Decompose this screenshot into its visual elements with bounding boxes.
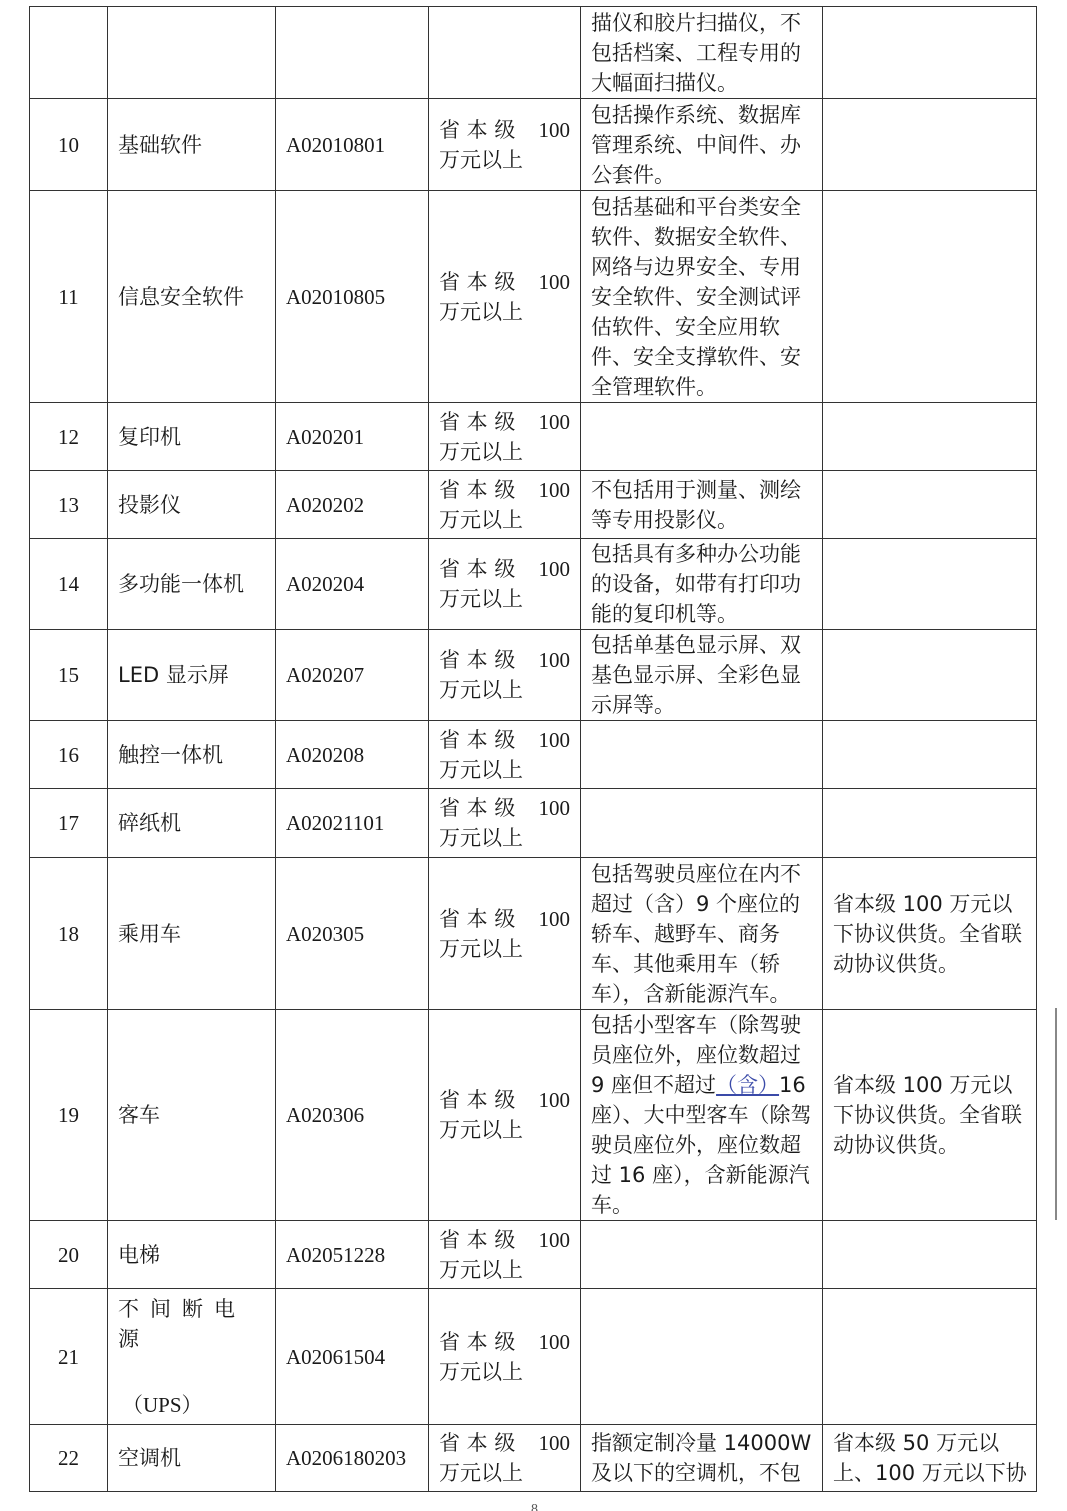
scope-level: 省 本 级 [439, 1085, 515, 1115]
scope-unit: 万元以上 [439, 297, 570, 327]
table-row: 14 多功能一体机 A020204 省 本 级100 万元以上 包括具有多种办公… [30, 539, 1037, 630]
item-description: 指额定制冷量 14000W 及以下的空调机，不包 [581, 1425, 823, 1492]
item-scope: 省 本 级100 万元以上 [429, 630, 581, 721]
scope-level: 省 本 级 [439, 407, 515, 437]
scope-level: 省 本 级 [439, 475, 515, 505]
table-row: 11 信息安全软件 A02010805 省 本 级100 万元以上 包括基础和平… [30, 191, 1037, 403]
item-name: 复印机 [108, 403, 276, 471]
item-scope: 省 本 级100 万元以上 [429, 721, 581, 789]
item-name: 乘用车 [108, 858, 276, 1010]
item-code: A02010801 [276, 99, 429, 191]
item-note [823, 191, 1037, 403]
item-number: 14 [30, 539, 108, 630]
item-name: 客车 [108, 1010, 276, 1221]
table-row: 10 基础软件 A02010801 省 本 级100 万元以上 包括操作系统、数… [30, 99, 1037, 191]
scope-level: 省 本 级 [439, 115, 515, 145]
item-name: 电梯 [108, 1221, 276, 1289]
table-row: 18 乘用车 A020305 省 本 级100 万元以上 包括驾驶员座位在内不超… [30, 858, 1037, 1010]
revision-mark: （含） [716, 1073, 779, 1097]
scope-unit: 万元以上 [439, 934, 570, 964]
scope-unit: 万元以上 [439, 1115, 570, 1145]
item-scope: 省 本 级100 万元以上 [429, 1425, 581, 1492]
item-note: 省本级 100 万元以下协议供货。全省联动协议供货。 [823, 858, 1037, 1010]
scope-level: 省 本 级 [439, 267, 515, 297]
item-number: 11 [30, 191, 108, 403]
item-note [823, 1221, 1037, 1289]
scope-amount: 100 [539, 645, 571, 675]
item-scope: 省 本 级100 万元以上 [429, 99, 581, 191]
scope-level: 省 本 级 [439, 1225, 515, 1255]
item-name: 基础软件 [108, 99, 276, 191]
item-scope: 省 本 级100 万元以上 [429, 403, 581, 471]
item-description: 包括操作系统、数据库管理系统、中间件、办公套件。 [581, 99, 823, 191]
item-description: 包括具有多种办公功能的设备，如带有打印功能的复印机等。 [581, 539, 823, 630]
scope-unit: 万元以上 [439, 505, 570, 535]
item-scope: 省 本 级100 万元以上 [429, 858, 581, 1010]
item-note [823, 99, 1037, 191]
scope-unit: 万元以上 [439, 823, 570, 853]
item-description [581, 403, 823, 471]
item-number [30, 7, 108, 99]
item-name: 空调机 [108, 1425, 276, 1492]
item-note [823, 7, 1037, 99]
item-description: 包括单基色显示屏、双基色显示屏、全彩色显示屏等。 [581, 630, 823, 721]
scope-unit: 万元以上 [439, 755, 570, 785]
item-code: A02021101 [276, 789, 429, 858]
scope-amount: 100 [539, 1327, 571, 1357]
scope-unit: 万元以上 [439, 584, 570, 614]
scope-level: 省 本 级 [439, 1327, 515, 1357]
item-name: 多功能一体机 [108, 539, 276, 630]
scope-amount: 100 [539, 1225, 571, 1255]
item-name-line2: （UPS） [118, 1390, 275, 1420]
scope-unit: 万元以上 [439, 1357, 570, 1387]
scope-level: 省 本 级 [439, 554, 515, 584]
item-number: 19 [30, 1010, 108, 1221]
item-name: 信息安全软件 [108, 191, 276, 403]
item-number: 13 [30, 471, 108, 539]
item-number: 15 [30, 630, 108, 721]
item-number: 10 [30, 99, 108, 191]
table-row: 17 碎纸机 A02021101 省 本 级100 万元以上 [30, 789, 1037, 858]
item-name: LED 显示屏 [108, 630, 276, 721]
scope-level: 省 本 级 [439, 645, 515, 675]
item-note [823, 789, 1037, 858]
item-code: A02010805 [276, 191, 429, 403]
item-scope [429, 7, 581, 99]
item-scope: 省 本 级100 万元以上 [429, 1289, 581, 1425]
item-code: A020305 [276, 858, 429, 1010]
item-number: 21 [30, 1289, 108, 1425]
item-note [823, 1289, 1037, 1425]
scope-amount: 100 [539, 267, 571, 297]
scope-amount: 100 [539, 1085, 571, 1115]
item-name: 碎纸机 [108, 789, 276, 858]
item-code: A020207 [276, 630, 429, 721]
scope-amount: 100 [539, 407, 571, 437]
scope-amount: 100 [539, 1428, 571, 1458]
scope-level: 省 本 级 [439, 793, 515, 823]
item-name [108, 7, 276, 99]
margin-change-bar [1055, 1008, 1057, 1220]
item-code: A020202 [276, 471, 429, 539]
item-description [581, 1289, 823, 1425]
scope-level: 省 本 级 [439, 904, 515, 934]
item-name: 投影仪 [108, 471, 276, 539]
item-note: 省本级 100 万元以下协议供货。全省联动协议供货。 [823, 1010, 1037, 1221]
item-number: 12 [30, 403, 108, 471]
item-note: 省本级 50 万元以上、100 万元以下协 [823, 1425, 1037, 1492]
item-description [581, 721, 823, 789]
item-note [823, 403, 1037, 471]
item-description: 包括驾驶员座位在内不超过（含）9 个座位的轿车、越野车、商务车、其他乘用车（轿车… [581, 858, 823, 1010]
item-scope: 省 本 级100 万元以上 [429, 191, 581, 403]
table-row: 22 空调机 A0206180203 省 本 级100 万元以上 指额定制冷量 … [30, 1425, 1037, 1492]
table-row: 19 客车 A020306 省 本 级100 万元以上 包括小型客车（除驾驶员座… [30, 1010, 1037, 1221]
scope-unit: 万元以上 [439, 437, 570, 467]
scope-amount: 100 [539, 725, 571, 755]
item-scope: 省 本 级100 万元以上 [429, 1010, 581, 1221]
item-note [823, 721, 1037, 789]
scope-amount: 100 [539, 793, 571, 823]
scope-amount: 100 [539, 904, 571, 934]
item-number: 20 [30, 1221, 108, 1289]
item-number: 22 [30, 1425, 108, 1492]
item-number: 18 [30, 858, 108, 1010]
scope-level: 省 本 级 [439, 1428, 515, 1458]
item-description: 包括基础和平台类安全软件、数据安全软件、网络与边界安全、专用安全软件、安全测试评… [581, 191, 823, 403]
table-row: 12 复印机 A020201 省 本 级100 万元以上 [30, 403, 1037, 471]
item-note [823, 471, 1037, 539]
page-number: 8 [531, 1502, 538, 1511]
item-note [823, 539, 1037, 630]
item-number: 16 [30, 721, 108, 789]
item-description [581, 1221, 823, 1289]
item-scope: 省 本 级100 万元以上 [429, 539, 581, 630]
item-code [276, 7, 429, 99]
table-row: 13 投影仪 A020202 省 本 级100 万元以上 不包括用于测量、测绘等… [30, 471, 1037, 539]
item-code: A020204 [276, 539, 429, 630]
item-code: A02061504 [276, 1289, 429, 1425]
item-name: 不间断电源 （UPS） [108, 1289, 276, 1425]
table-row: 20 电梯 A02051228 省 本 级100 万元以上 [30, 1221, 1037, 1289]
scope-level: 省 本 级 [439, 725, 515, 755]
scope-unit: 万元以上 [439, 675, 570, 705]
item-code: A020208 [276, 721, 429, 789]
item-code: A02051228 [276, 1221, 429, 1289]
table-row: 15 LED 显示屏 A020207 省 本 级100 万元以上 包括单基色显示… [30, 630, 1037, 721]
scope-amount: 100 [539, 475, 571, 505]
table-row: 21 不间断电源 （UPS） A02061504 省 本 级100 万元以上 [30, 1289, 1037, 1425]
scope-unit: 万元以上 [439, 1458, 570, 1488]
item-number: 17 [30, 789, 108, 858]
scope-unit: 万元以上 [439, 1255, 570, 1285]
item-scope: 省 本 级100 万元以上 [429, 789, 581, 858]
table-row: 16 触控一体机 A020208 省 本 级100 万元以上 [30, 721, 1037, 789]
item-note [823, 630, 1037, 721]
item-code: A020201 [276, 403, 429, 471]
item-description: 不包括用于测量、测绘等专用投影仪。 [581, 471, 823, 539]
item-name-line1: 不间断电源 [118, 1294, 275, 1354]
item-scope: 省 本 级100 万元以上 [429, 471, 581, 539]
item-description: 包括小型客车（除驾驶员座位外，座位数超过 9 座但不超过（含）16 座）、大中型… [581, 1010, 823, 1221]
table-row: 描仪和胶片扫描仪，不包括档案、工程专用的大幅面扫描仪。 [30, 7, 1037, 99]
scope-amount: 100 [539, 554, 571, 584]
item-description: 描仪和胶片扫描仪，不包括档案、工程专用的大幅面扫描仪。 [581, 7, 823, 99]
scope-unit: 万元以上 [439, 145, 570, 175]
item-description [581, 789, 823, 858]
procurement-catalog-table: 描仪和胶片扫描仪，不包括档案、工程专用的大幅面扫描仪。 10 基础软件 A020… [29, 6, 1037, 1492]
item-code: A0206180203 [276, 1425, 429, 1492]
item-code: A020306 [276, 1010, 429, 1221]
item-name: 触控一体机 [108, 721, 276, 789]
scope-amount: 100 [539, 115, 571, 145]
item-scope: 省 本 级100 万元以上 [429, 1221, 581, 1289]
